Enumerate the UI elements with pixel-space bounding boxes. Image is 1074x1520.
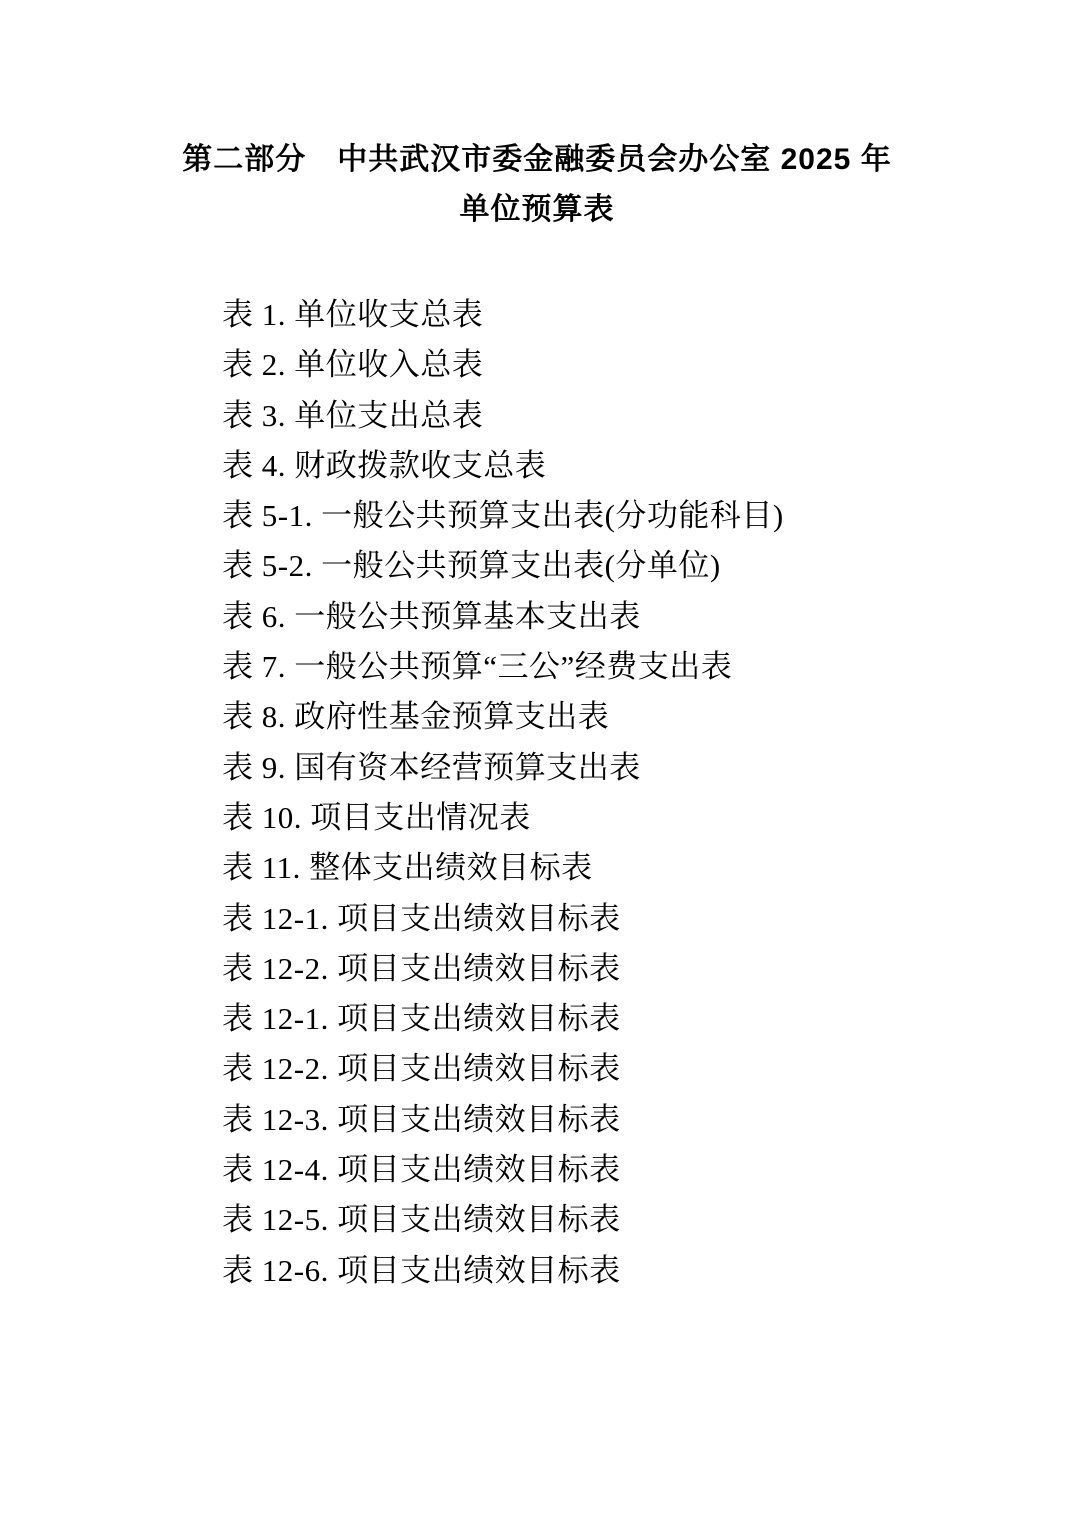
toc-item: 表 12-6. 项目支出绩效目标表 <box>222 1246 784 1296</box>
document-page: 第二部分 中共武汉市委金融委员会办公室 2025 年 单位预算表 表 1. 单位… <box>0 0 1074 1520</box>
toc-item: 表 12-5. 项目支出绩效目标表 <box>222 1195 784 1245</box>
document-title: 第二部分 中共武汉市委金融委员会办公室 2025 年 单位预算表 <box>0 135 1074 235</box>
toc-item: 表 4. 财政拨款收支总表 <box>222 441 784 491</box>
toc-item: 表 9. 国有资本经营预算支出表 <box>222 743 784 793</box>
table-of-contents: 表 1. 单位收支总表 表 2. 单位收入总表 表 3. 单位支出总表 表 4.… <box>222 290 784 1296</box>
document-title-line2: 单位预算表 <box>0 185 1074 235</box>
toc-item: 表 10. 项目支出情况表 <box>222 793 784 843</box>
toc-item: 表 6. 一般公共预算基本支出表 <box>222 592 784 642</box>
toc-item: 表 12-2. 项目支出绩效目标表 <box>222 1044 784 1094</box>
toc-item: 表 12-4. 项目支出绩效目标表 <box>222 1145 784 1195</box>
toc-item: 表 12-1. 项目支出绩效目标表 <box>222 894 784 944</box>
toc-item: 表 5-1. 一般公共预算支出表(分功能科目) <box>222 491 784 541</box>
toc-item: 表 12-1. 项目支出绩效目标表 <box>222 994 784 1044</box>
document-title-line1: 第二部分 中共武汉市委金融委员会办公室 2025 年 <box>0 135 1074 185</box>
toc-item: 表 5-2. 一般公共预算支出表(分单位) <box>222 541 784 591</box>
toc-item: 表 11. 整体支出绩效目标表 <box>222 843 784 893</box>
toc-item: 表 12-3. 项目支出绩效目标表 <box>222 1095 784 1145</box>
toc-item: 表 3. 单位支出总表 <box>222 391 784 441</box>
toc-item: 表 2. 单位收入总表 <box>222 340 784 390</box>
toc-item: 表 1. 单位收支总表 <box>222 290 784 340</box>
toc-item: 表 7. 一般公共预算“三公”经费支出表 <box>222 642 784 692</box>
toc-item: 表 12-2. 项目支出绩效目标表 <box>222 944 784 994</box>
toc-item: 表 8. 政府性基金预算支出表 <box>222 692 784 742</box>
